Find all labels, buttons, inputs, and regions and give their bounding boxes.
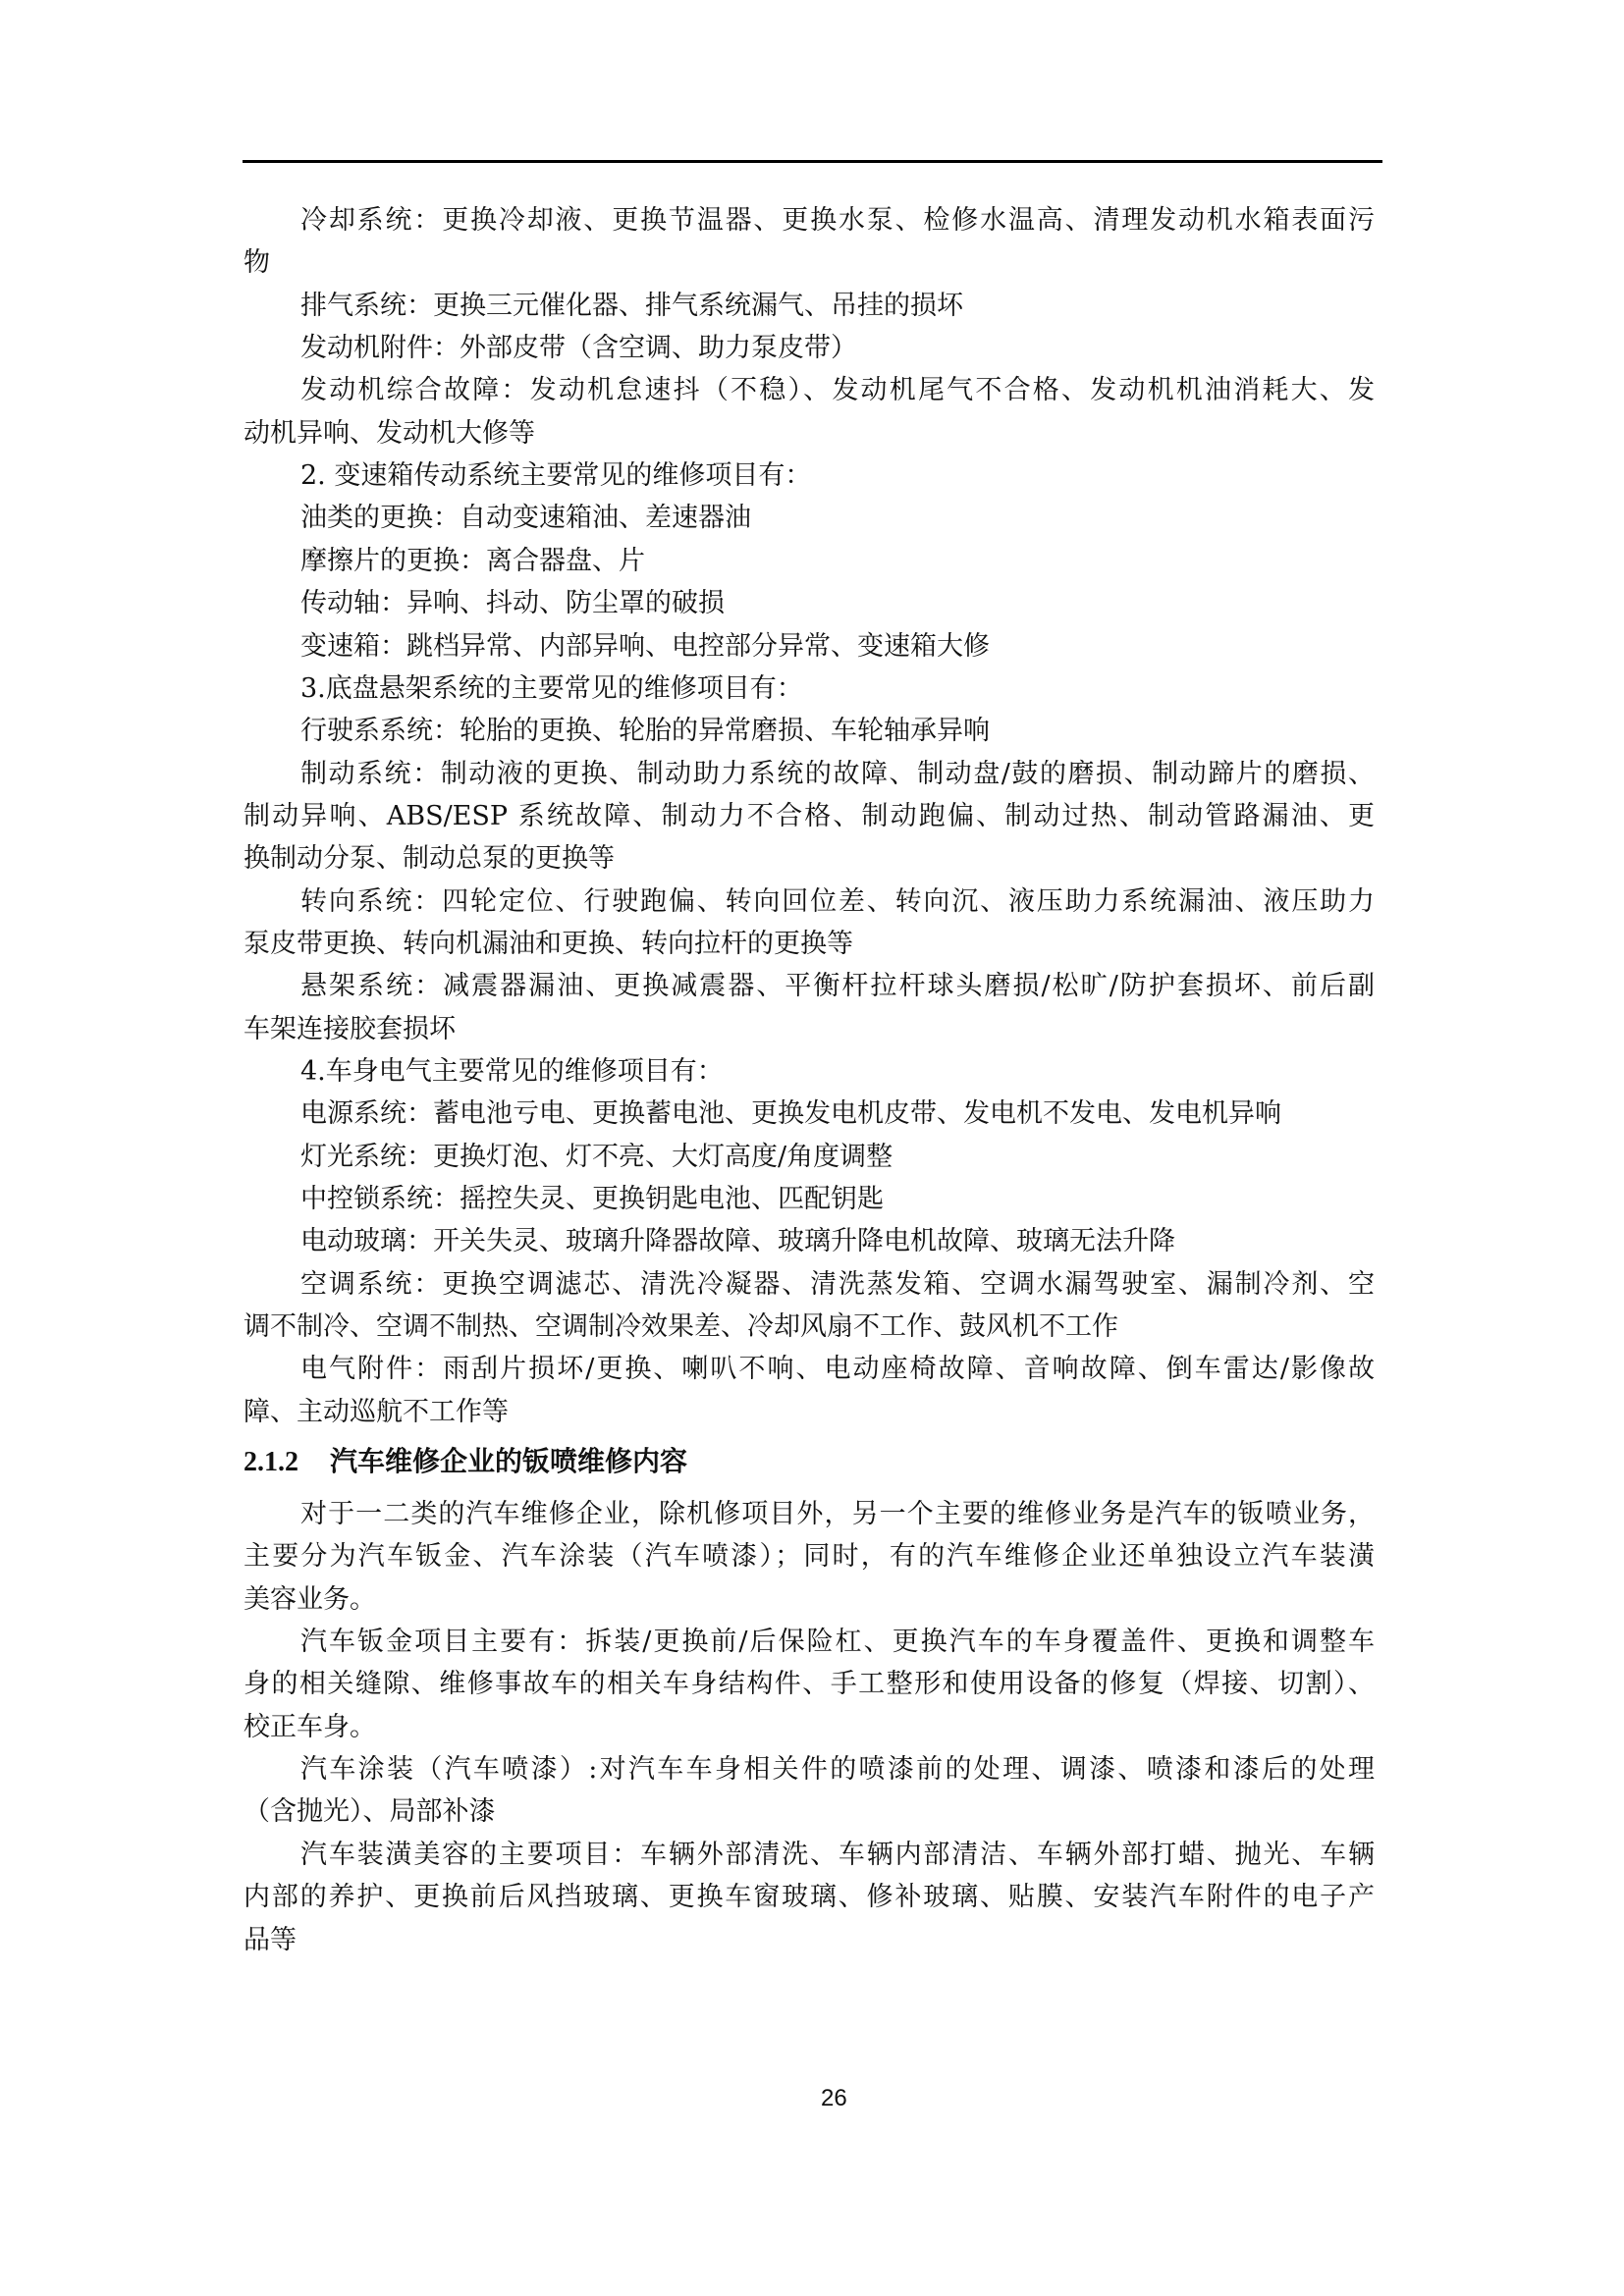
text-line: 油类的更换：自动变速箱油、差速器油 <box>300 497 751 540</box>
text-line: 4.车身电气主要常见的维修项目有： <box>300 1050 724 1094</box>
text-line: 汽车钣金项目主要有：拆装/更换前/后保险杠、更换汽车的车身覆盖件、更换和调整车 <box>300 1621 1375 1664</box>
text-line: 内部的养护、更换前后风挡玻璃、更换车窗玻璃、修补玻璃、贴膜、安装汽车附件的电子产 <box>244 1876 1375 1919</box>
text-line: 动机异响、发动机大修等 <box>244 412 535 455</box>
text-line: 品等 <box>244 1919 297 1962</box>
section-number: 2.1.2 <box>244 1441 330 1484</box>
text-line: 汽车涂装（汽车喷漆）:对汽车车身相关件的喷漆前的处理、调漆、喷漆和漆后的处理 <box>300 1748 1375 1791</box>
text-line: 变速箱：跳档异常、内部异响、电控部分异常、变速箱大修 <box>300 625 990 668</box>
text-line: 主要分为汽车钣金、汽车涂装（汽车喷漆）；同时，有的汽车维修企业还单独设立汽车装潢 <box>244 1535 1375 1578</box>
text-line: 对于一二类的汽车维修企业，除机修项目外，另一个主要的维修业务是汽车的钣喷业务， <box>300 1493 1375 1536</box>
section-title: 汽车维修企业的钣喷维修内容 <box>330 1447 687 1477</box>
text-line: 制动系统：制动液的更换、制动助力系统的故障、制动盘/鼓的磨损、制动蹄片的磨损、 <box>300 753 1375 796</box>
section-heading: 2.1.2汽车维修企业的钣喷维修内容 <box>244 1441 687 1484</box>
text-line: 身的相关缝隙、维修事故车的相关车身结构件、手工整形和使用设备的修复（焊接、切割）… <box>244 1663 1375 1706</box>
text-line: 发动机附件：外部皮带（含空调、助力泵皮带） <box>300 327 857 370</box>
text-line: 2. 变速箱传动系统主要常见的维修项目有： <box>300 454 811 498</box>
text-line: 美容业务。 <box>244 1578 376 1622</box>
header-rule <box>243 160 1382 163</box>
text-line: 调不制冷、空调不制热、空调制冷效果差、冷却风扇不工作、鼓风机不工作 <box>244 1306 1118 1349</box>
text-line: 换制动分泵、制动总泵的更换等 <box>244 837 615 881</box>
text-line: 发动机综合故障：发动机怠速抖（不稳）、发动机尾气不合格、发动机机油消耗大、发 <box>300 369 1375 412</box>
text-line: （含抛光）、局部补漆 <box>244 1790 496 1834</box>
text-line: 灯光系统：更换灯泡、灯不亮、大灯高度/角度调整 <box>300 1136 893 1179</box>
text-line: 空调系统：更换空调滤芯、清洗冷凝器、清洗蒸发箱、空调水漏驾驶室、漏制冷剂、空 <box>300 1263 1375 1307</box>
text-line: 汽车装潢美容的主要项目：车辆外部清洗、车辆内部清洁、车辆外部打蜡、抛光、车辆 <box>300 1834 1375 1877</box>
text-line: 校正车身。 <box>244 1706 376 1749</box>
text-line: 电动玻璃：开关失灵、玻璃升降器故障、玻璃升降电机故障、玻璃无法升降 <box>300 1220 1175 1263</box>
text-line: 车架连接胶套损坏 <box>244 1008 456 1051</box>
text-line: 冷却系统：更换冷却液、更换节温器、更换水泵、检修水温高、清理发动机水箱表面污 <box>300 199 1375 242</box>
text-line: 泵皮带更换、转向机漏油和更换、转向拉杆的更换等 <box>244 923 853 966</box>
text-line: 电源系统：蓄电池亏电、更换蓄电池、更换发电机皮带、发电机不发电、发电机异响 <box>300 1093 1281 1136</box>
page-number: 26 <box>821 2085 847 2112</box>
text-line: 排气系统：更换三元催化器、排气系统漏气、吊挂的损坏 <box>300 285 963 328</box>
text-line: 障、主动巡航不工作等 <box>244 1391 509 1434</box>
text-line: 摩擦片的更换：离合器盘、片 <box>300 540 645 583</box>
text-line: 传动轴：异响、抖动、防尘罩的破损 <box>300 582 725 625</box>
text-line: 中控锁系统：摇控失灵、更换钥匙电池、匹配钥匙 <box>300 1178 884 1221</box>
text-line: 制动异响、ABS/ESP 系统故障、制动力不合格、制动跑偏、制动过热、制动管路漏… <box>244 795 1375 838</box>
text-line: 悬架系统：减震器漏油、更换减震器、平衡杆拉杆球头磨损/松旷/防护套损坏、前后副 <box>300 965 1375 1008</box>
text-line: 物 <box>244 241 270 285</box>
text-line: 3.底盘悬架系统的主要常见的维修项目有： <box>300 667 803 711</box>
text-line: 电气附件：雨刮片损坏/更换、喇叭不响、电动座椅故障、音响故障、倒车雷达/影像故 <box>300 1348 1375 1391</box>
text-line: 转向系统：四轮定位、行驶跑偏、转向回位差、转向沉、液压助力系统漏油、液压助力 <box>300 881 1375 924</box>
text-line: 行驶系系统：轮胎的更换、轮胎的异常磨损、车轮轴承异响 <box>300 710 990 753</box>
